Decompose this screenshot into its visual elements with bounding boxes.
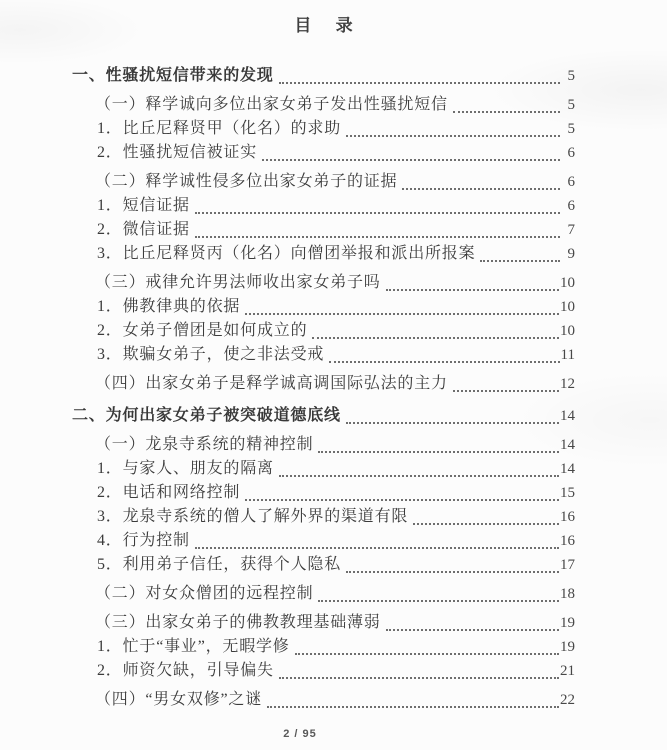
dot-leader	[295, 653, 559, 655]
toc-entry-label: 2．性骚扰短信被证实	[97, 141, 257, 165]
toc-entry: （二）释学诚性侵多位出家女弟子的证据 6	[72, 170, 575, 194]
toc-entry-page: 19	[560, 635, 575, 659]
toc-entry-label: 2．微信证据	[97, 218, 190, 242]
dot-leader	[386, 289, 559, 291]
toc-entry-label: （二）对女众僧团的远程控制	[95, 582, 313, 606]
page-number-footer: 2 / 95	[250, 728, 350, 740]
page-title: 目 录	[72, 13, 575, 38]
dot-leader	[318, 600, 559, 602]
toc-entry: 3．欺骗女弟子，使之非法受戒 11	[72, 343, 575, 367]
toc-entry-page: 22	[560, 688, 575, 712]
toc-entry: 3．比丘尼释贤丙（化名）向僧团举报和派出所报案 9	[72, 242, 575, 266]
toc-entry: （四）出家女弟子是释学诚高调国际弘法的主力 12	[72, 372, 575, 396]
toc-entry-label: 3．欺骗女弟子，使之非法受戒	[97, 343, 324, 367]
toc-entry-page: 6	[561, 170, 575, 194]
toc-entry: （一）龙泉寺系统的精神控制 14	[72, 433, 575, 457]
toc-entry: 4．行为控制 16	[72, 529, 575, 553]
toc-entry-label: 1．短信证据	[97, 194, 190, 218]
scanned-document-page: 目 录 一、性骚扰短信带来的发现 5 （一）释学诚向多位出家女弟子发出性骚扰短信…	[0, 0, 667, 750]
toc-entry-label: 1．比丘尼释贤甲（化名）的求助	[97, 117, 341, 141]
dot-leader	[195, 212, 560, 214]
toc-entry-label: 2．女弟子僧团是如何成立的	[97, 319, 307, 343]
toc-entry-label: （一）龙泉寺系统的精神控制	[95, 433, 313, 457]
toc-entry-label: 1．与家人、朋友的隔离	[97, 457, 274, 481]
toc-entry: 1．比丘尼释贤甲（化名）的求助 5	[72, 117, 575, 141]
toc-entry: 2．师资欠缺，引导偏失 21	[72, 659, 575, 683]
dot-leader	[262, 159, 560, 161]
toc-entry-label: （三）戒律允许男法师收出家女弟子吗	[95, 271, 381, 295]
toc-entry: 2．微信证据 7	[72, 218, 575, 242]
toc-entry-label: 2．师资欠缺，引导偏失	[97, 659, 274, 683]
toc-entry-page: 5	[561, 93, 575, 117]
toc-entry: 1．佛教律典的依据 10	[72, 295, 575, 319]
dot-leader	[245, 499, 559, 501]
toc-entry-page: 9	[561, 242, 575, 266]
toc-entry: （一）释学诚向多位出家女弟子发出性骚扰短信 5	[72, 93, 575, 117]
toc-entry-label: （三）出家女弟子的佛教教理基础薄弱	[95, 611, 381, 635]
toc-entry: （二）对女众僧团的远程控制 18	[72, 582, 575, 606]
toc-entry-page: 16	[560, 529, 575, 553]
dot-leader	[346, 571, 559, 573]
toc-entry: 1．短信证据 6	[72, 194, 575, 218]
toc-entry-page: 6	[561, 141, 575, 165]
toc-entry: 5．利用弟子信任，获得个人隐私 17	[72, 553, 575, 577]
toc-entry: 1．与家人、朋友的隔离 14	[72, 457, 575, 481]
dot-leader	[346, 422, 559, 424]
toc-entry-page: 10	[560, 319, 575, 343]
toc-entry-label: 1．佛教律典的依据	[97, 295, 240, 319]
toc-entry-page: 14	[560, 433, 575, 457]
toc-entry-page: 10	[560, 271, 575, 295]
toc-entry-label: 二、为何出家女弟子被突破道德底线	[72, 404, 341, 428]
toc-entry-label: 3．龙泉寺系统的僧人了解外界的渠道有限	[97, 505, 408, 529]
toc-entry-label: 5．利用弟子信任，获得个人隐私	[97, 553, 341, 577]
dot-leader	[346, 135, 560, 137]
dot-leader	[195, 547, 559, 549]
toc-entry-page: 5	[561, 64, 575, 88]
toc-entry: （三）出家女弟子的佛教教理基础薄弱 19	[72, 611, 575, 635]
toc-entry: 2．性骚扰短信被证实 6	[72, 141, 575, 165]
toc-entry-page: 7	[561, 218, 575, 242]
dot-leader	[279, 475, 559, 477]
dot-leader	[402, 188, 560, 190]
toc-entry-page: 11	[561, 343, 575, 367]
dot-leader	[386, 629, 559, 631]
toc-entry-page: 10	[560, 295, 575, 319]
toc-entry-label: （二）释学诚性侵多位出家女弟子的证据	[95, 170, 397, 194]
toc-entry-label: 4．行为控制	[97, 529, 190, 553]
toc-entry: （四）“男女双修”之谜 22	[72, 688, 575, 712]
toc-entry-page: 21	[560, 659, 575, 683]
toc-entry-page: 14	[560, 457, 575, 481]
toc-entry-page: 16	[560, 505, 575, 529]
toc-entry-label: 2．电话和网络控制	[97, 481, 240, 505]
toc-entry-page: 12	[560, 372, 575, 396]
toc-list: 一、性骚扰短信带来的发现 5 （一）释学诚向多位出家女弟子发出性骚扰短信 5 1…	[72, 64, 575, 712]
toc-entry-page: 18	[560, 582, 575, 606]
dot-leader	[480, 260, 560, 262]
toc-entry-page: 15	[560, 481, 575, 505]
dot-leader	[245, 313, 559, 315]
toc-entry: 2．电话和网络控制 15	[72, 481, 575, 505]
toc-entry-page: 17	[560, 553, 575, 577]
dot-leader	[279, 82, 560, 84]
dot-leader	[267, 706, 559, 708]
toc-entry-page: 5	[561, 117, 575, 141]
dot-leader	[279, 677, 559, 679]
toc-entry-label: 1．忙于“事业”，无暇学修	[97, 635, 290, 659]
toc-entry: 1．忙于“事业”，无暇学修 19	[72, 635, 575, 659]
toc-entry-page: 14	[560, 404, 575, 428]
toc-entry: 一、性骚扰短信带来的发现 5	[72, 64, 575, 88]
toc-entry-label: （一）释学诚向多位出家女弟子发出性骚扰短信	[95, 93, 448, 117]
toc-entry: （三）戒律允许男法师收出家女弟子吗 10	[72, 271, 575, 295]
toc-entry: 3．龙泉寺系统的僧人了解外界的渠道有限 16	[72, 505, 575, 529]
toc-entry: 2．女弟子僧团是如何成立的 10	[72, 319, 575, 343]
dot-leader	[318, 451, 559, 453]
toc-entry: 二、为何出家女弟子被突破道德底线 14	[72, 404, 575, 428]
dot-leader	[312, 337, 559, 339]
toc-entry-label: 一、性骚扰短信带来的发现	[72, 64, 274, 88]
toc-entry-label: （四）“男女双修”之谜	[95, 688, 262, 712]
toc-entry-page: 19	[560, 611, 575, 635]
dot-leader	[195, 236, 560, 238]
toc-entry-page: 6	[561, 194, 575, 218]
dot-leader	[453, 111, 560, 113]
toc-entry-label: （四）出家女弟子是释学诚高调国际弘法的主力	[95, 372, 448, 396]
dot-leader	[413, 523, 559, 525]
dot-leader	[329, 361, 559, 363]
toc-entry-label: 3．比丘尼释贤丙（化名）向僧团举报和派出所报案	[97, 242, 475, 266]
dot-leader	[453, 390, 559, 392]
